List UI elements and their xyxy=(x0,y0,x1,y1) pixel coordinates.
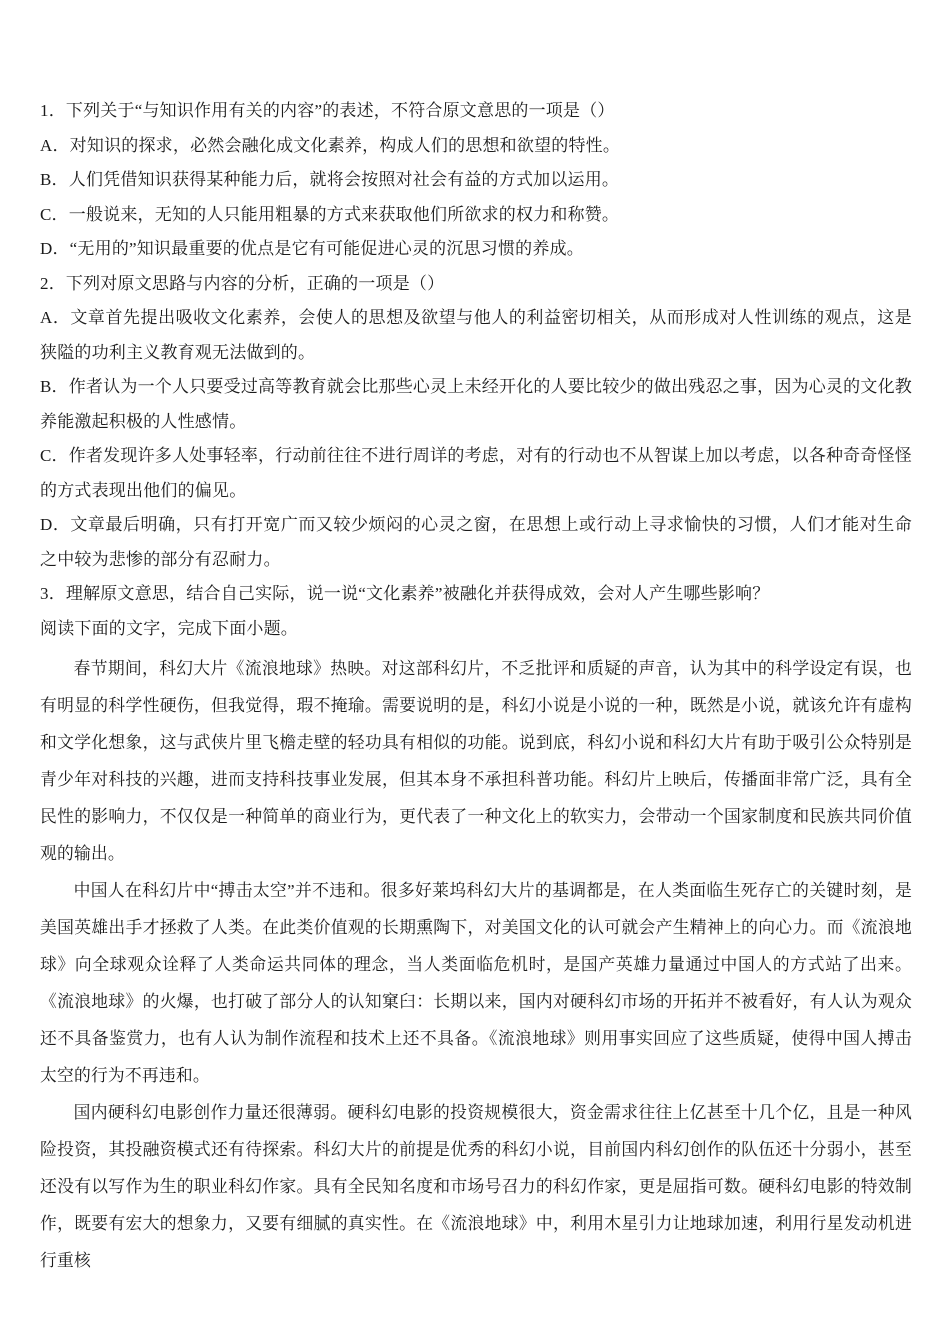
question-2-option-a: A．文章首先提出吸收文化素养，会使人的思想及欲望与他人的利益密切相关，从而形成对… xyxy=(40,301,912,370)
question-1-option-c: C．一般说来，无知的人只能用粗暴的方式来获取他们所欲求的权力和称赞。 xyxy=(40,198,912,233)
question-2-option-c: C．作者发现许多人处事轻率，行动前往往不进行周详的考虑，对有的行动也不从智谋上加… xyxy=(40,439,912,508)
exam-document-page: 1．下列关于“与知识作用有关的内容”的表述，不符合原文意思的一项是（） A．对知… xyxy=(0,0,950,1344)
question-2-stem: 2．下列对原文思路与内容的分析，正确的一项是（） xyxy=(40,267,912,302)
question-1-option-a: A．对知识的探求，必然会融化成文化素养，构成人们的思想和欲望的特性。 xyxy=(40,129,912,164)
passage-paragraph-1: 春节期间，科幻大片《流浪地球》热映。对这部科幻片，不乏批评和质疑的声音，认为其中… xyxy=(40,650,912,872)
question-block-1: 1．下列关于“与知识作用有关的内容”的表述，不符合原文意思的一项是（） A．对知… xyxy=(40,94,912,267)
reading-instruction: 阅读下面的文字，完成下面小题。 xyxy=(40,612,912,647)
question-1-option-b: B．人们凭借知识获得某种能力后，就将会按照对社会有益的方式加以运用。 xyxy=(40,163,912,198)
question-block-2: 2．下列对原文思路与内容的分析，正确的一项是（） A．文章首先提出吸收文化素养，… xyxy=(40,267,912,578)
question-2-option-d: D．文章最后明确，只有打开宽广而又较少烦闷的心灵之窗，在思想上或行动上寻求愉快的… xyxy=(40,508,912,577)
reading-passage: 春节期间，科幻大片《流浪地球》热映。对这部科幻片，不乏批评和质疑的声音，认为其中… xyxy=(40,650,912,1279)
passage-paragraph-3: 国内硬科幻电影创作力量还很薄弱。硬科幻电影的投资规模很大，资金需求往往上亿甚至十… xyxy=(40,1094,912,1279)
question-1-option-d: D．“无用的”知识最重要的优点是它有可能促进心灵的沉思习惯的养成。 xyxy=(40,232,912,267)
passage-paragraph-2: 中国人在科幻片中“搏击太空”并不违和。很多好莱坞科幻大片的基调都是，在人类面临生… xyxy=(40,872,912,1094)
question-2-option-b: B．作者认为一个人只要受过高等教育就会比那些心灵上未经开化的人要比较少的做出残忍… xyxy=(40,370,912,439)
question-block-3: 3．理解原文意思，结合自己实际，说一说“文化素养”被融化并获得成效，会对人产生哪… xyxy=(40,577,912,612)
question-1-stem: 1．下列关于“与知识作用有关的内容”的表述，不符合原文意思的一项是（） xyxy=(40,94,912,129)
question-3-stem: 3．理解原文意思，结合自己实际，说一说“文化素养”被融化并获得成效，会对人产生哪… xyxy=(40,577,912,612)
